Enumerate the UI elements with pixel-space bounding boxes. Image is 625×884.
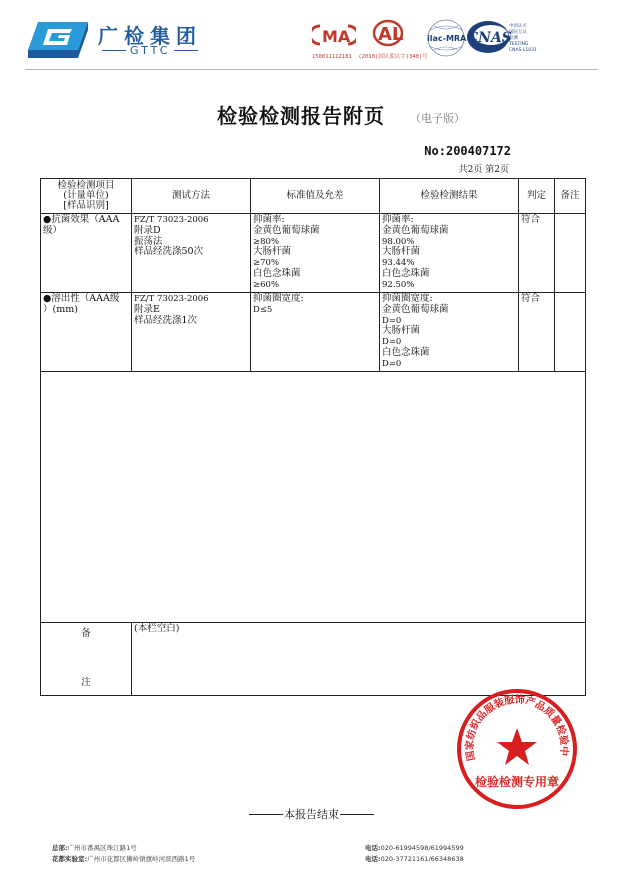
cnas-caption: 中国认可 国际互认 检测 TESTING CNAS L1031 xyxy=(509,24,537,54)
remark-label: 备 注 xyxy=(41,623,132,696)
svg-text:ilac-MRA: ilac-MRA xyxy=(427,34,467,43)
hq-phone: 020-61994598/61994599 xyxy=(381,844,464,852)
company-abbrev: GTTC xyxy=(130,44,170,57)
cell-verdict: 符合 xyxy=(519,214,555,293)
svg-text:CNAS: CNAS xyxy=(467,30,512,46)
remark-label-bottom: 注 xyxy=(81,678,91,689)
cma-mark-icon: MA xyxy=(312,24,356,46)
remark-label-top: 备 xyxy=(81,629,91,640)
test-results-table: 检验检测项目 (计量单位) [样品识别] 测试方法 标准值及允差 检验检测结果 … xyxy=(40,178,586,696)
official-seal-icon: 国家纺织品服装服饰产品质量检验中心(广州) 检验检测专用章 xyxy=(455,688,579,810)
decor-dash xyxy=(340,814,374,815)
ilac-mra-logo-icon: ilac-MRA xyxy=(424,18,468,58)
report-end-marker: 本报告结束 xyxy=(248,806,375,822)
gttc-logo-icon xyxy=(28,20,88,58)
footer-phones: 电话:020-61994598/61994599 电话:020-37721161… xyxy=(365,843,464,865)
header-result: 检验检测结果 xyxy=(380,179,519,214)
footer-addresses: 总部:广州市番禺区珠江路1号 花都实验室:广州市花都区狮岭镇旗岭河滨西路1号 xyxy=(52,843,195,865)
report-end-text: 本报告结束 xyxy=(284,806,339,822)
cell-item: ●溶出性（AAA级 ）(mm) xyxy=(41,293,132,372)
svg-text:MA: MA xyxy=(322,27,351,46)
lab-phone: 020-37721161/66348638 xyxy=(381,855,464,863)
blank-area xyxy=(41,372,586,623)
cell-method: FZ/T 73023-2006 附录E 样品经洗涤1次 xyxy=(132,293,251,372)
cell-method: FZ/T 73023-2006 附录D 振荡法 样品经洗涤50次 xyxy=(132,214,251,293)
header-verdict: 判定 xyxy=(519,179,555,214)
cell-result: 抑菌率: 金黄色葡萄球菌 98.00% 大肠杆菌 93.44% 白色念珠菌 92… xyxy=(380,214,519,293)
cert-number: 150011112181 (2010)国认监认字(340)号 xyxy=(312,52,428,60)
lab-address: 广州市花都区狮岭镇旗岭河滨西路1号 xyxy=(87,855,195,863)
remark-content: (本栏空白) xyxy=(132,623,586,696)
decor-dash xyxy=(102,50,126,51)
page-title: 检验检测报告附页 xyxy=(217,100,385,129)
seal-bottom-text: 检验检测专用章 xyxy=(475,774,559,789)
decor-dash xyxy=(174,50,198,51)
cell-standard: 抑菌率: 金黄色葡萄球菌 ≥80% 大肠杆菌 ≥70% 白色念珠菌 ≥60% xyxy=(251,214,380,293)
header-item: 检验检测项目 (计量单位) [样品识别] xyxy=(41,179,132,214)
table-row: ●溶出性（AAA级 ）(mm) FZ/T 73023-2006 附录E 样品经洗… xyxy=(41,293,586,372)
page-info: 共2页 第2页 xyxy=(459,162,509,175)
electronic-version-label: （电子版） xyxy=(410,110,465,126)
cell-item: ●抗菌效果（AAA 级） xyxy=(41,214,132,293)
cell-remark xyxy=(555,214,586,293)
cal-mark-icon: AL xyxy=(372,19,404,47)
header-standard: 标准值及允差 xyxy=(251,179,380,214)
hq-address: 广州市番禺区珠江路1号 xyxy=(68,844,137,852)
decor-dash xyxy=(249,814,283,815)
table-header-row: 检验检测项目 (计量单位) [样品识别] 测试方法 标准值及允差 检验检测结果 … xyxy=(41,179,586,214)
cell-standard: 抑菌圈宽度: D≤5 xyxy=(251,293,380,372)
cell-result: 抑菌圈宽度: 金黄色葡萄球菌 D=0 大肠杆菌 D=0 白色念珠菌 D=0 xyxy=(380,293,519,372)
svg-text:AL: AL xyxy=(378,24,403,45)
cell-verdict: 符合 xyxy=(519,293,555,372)
remark-section: 备 注 (本栏空白) xyxy=(41,623,586,696)
report-number: No:200407172 xyxy=(424,144,511,158)
blank-area-row xyxy=(41,372,586,623)
company-name-en: GTTC xyxy=(98,44,202,57)
header-remark: 备注 xyxy=(555,179,586,214)
table-row: ●抗菌效果（AAA 级） FZ/T 73023-2006 附录D 振荡法 样品经… xyxy=(41,214,586,293)
header-method: 测试方法 xyxy=(132,179,251,214)
header-divider xyxy=(25,69,598,70)
cell-remark xyxy=(555,293,586,372)
